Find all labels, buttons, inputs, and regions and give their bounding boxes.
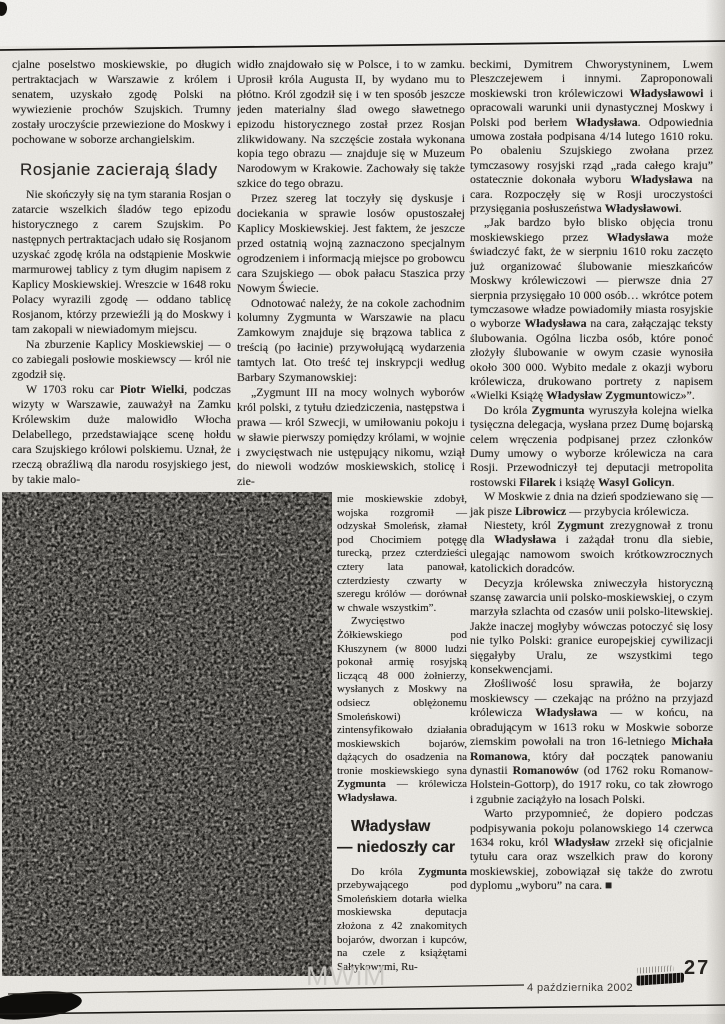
paragraph: Złośliwość losu sprawiła, że bojarzy mos… [470, 676, 713, 806]
paragraph: beckimi, Dymitrem Chworystyninem, Lwem P… [470, 57, 713, 215]
paragraph: Na zburzenie Kaplicy Moskiewskiej — o co… [12, 337, 231, 382]
inscription-quote: „Zygmunt III na mocy wolnych wyborów kró… [237, 385, 465, 489]
scan-top-margin [0, 0, 725, 46]
paragraph: Odnotować należy, że na cokole zachodnim… [237, 296, 465, 385]
photo-grain-texture [2, 492, 332, 976]
column-middle-narrow: mie moskiewskie zdobył, wojska rozgromił… [337, 493, 467, 974]
inscription-quote-continued: mie moskiewskie zdobył, wojska rozgromił… [337, 493, 467, 615]
paragraph: Nie skończyły się na tym starania Rosjan… [12, 187, 231, 337]
issue-date: 4 października 2002 [527, 982, 633, 994]
subheading-line1: Władysław [337, 816, 467, 837]
paragraph: Decyzja królewska zniweczyła historyczną… [470, 576, 713, 677]
section-heading-wladyslaw: Władysław — niedoszły car [337, 816, 467, 858]
watermark: MWiM [306, 961, 386, 992]
paragraph: Niestety, król Zygmunt zrezygnował z tro… [470, 518, 713, 576]
paragraph: cjalne poselstwo moskiewskie, po długich… [12, 57, 231, 147]
page-number: 27 [684, 957, 710, 980]
column-left: cjalne poselstwo moskiewskie, po długich… [12, 57, 231, 493]
column-middle: widło znajdowało się w Polsce, i to w za… [237, 57, 465, 491]
subheading-line2: — niedoszły car [337, 837, 467, 858]
paragraph: Do króla Zygmunta wyruszyła kolejna wiel… [470, 403, 713, 489]
section-heading-rosjanie: Rosjanie zacierają ślady [20, 162, 231, 177]
paragraph: Do króla Zygmunta przebywającego pod Smo… [337, 866, 467, 975]
stamp-script-line [637, 965, 673, 973]
paragraph: widło znajdowało się w Polsce, i to w za… [237, 57, 465, 191]
publication-stamp-icon [635, 964, 689, 992]
paragraph: W 1703 roku car Piotr Wielki, podczas wi… [12, 382, 231, 487]
column-right: beckimi, Dymitrem Chworystyninem, Lwem P… [470, 57, 713, 893]
paragraph: Przez szereg lat toczyły się dyskusje i … [237, 191, 465, 295]
paragraph: Zwycięstwo Żółkiewskiego pod Kłuszynem (… [337, 615, 467, 805]
stamp-black-banner [636, 972, 684, 985]
scanned-newspaper-page: cjalne poselstwo moskiewskie, po długich… [0, 0, 725, 1024]
paragraph: W Moskwie z dnia na dzień spodziewano si… [470, 489, 713, 518]
paragraph: „Jak bardzo było blisko objęcia tronu mo… [470, 215, 713, 402]
article-photo [2, 492, 332, 976]
paragraph: Warto przypomnieć, że dopiero podczas po… [470, 806, 713, 892]
scan-bottom-margin [0, 1014, 725, 1024]
